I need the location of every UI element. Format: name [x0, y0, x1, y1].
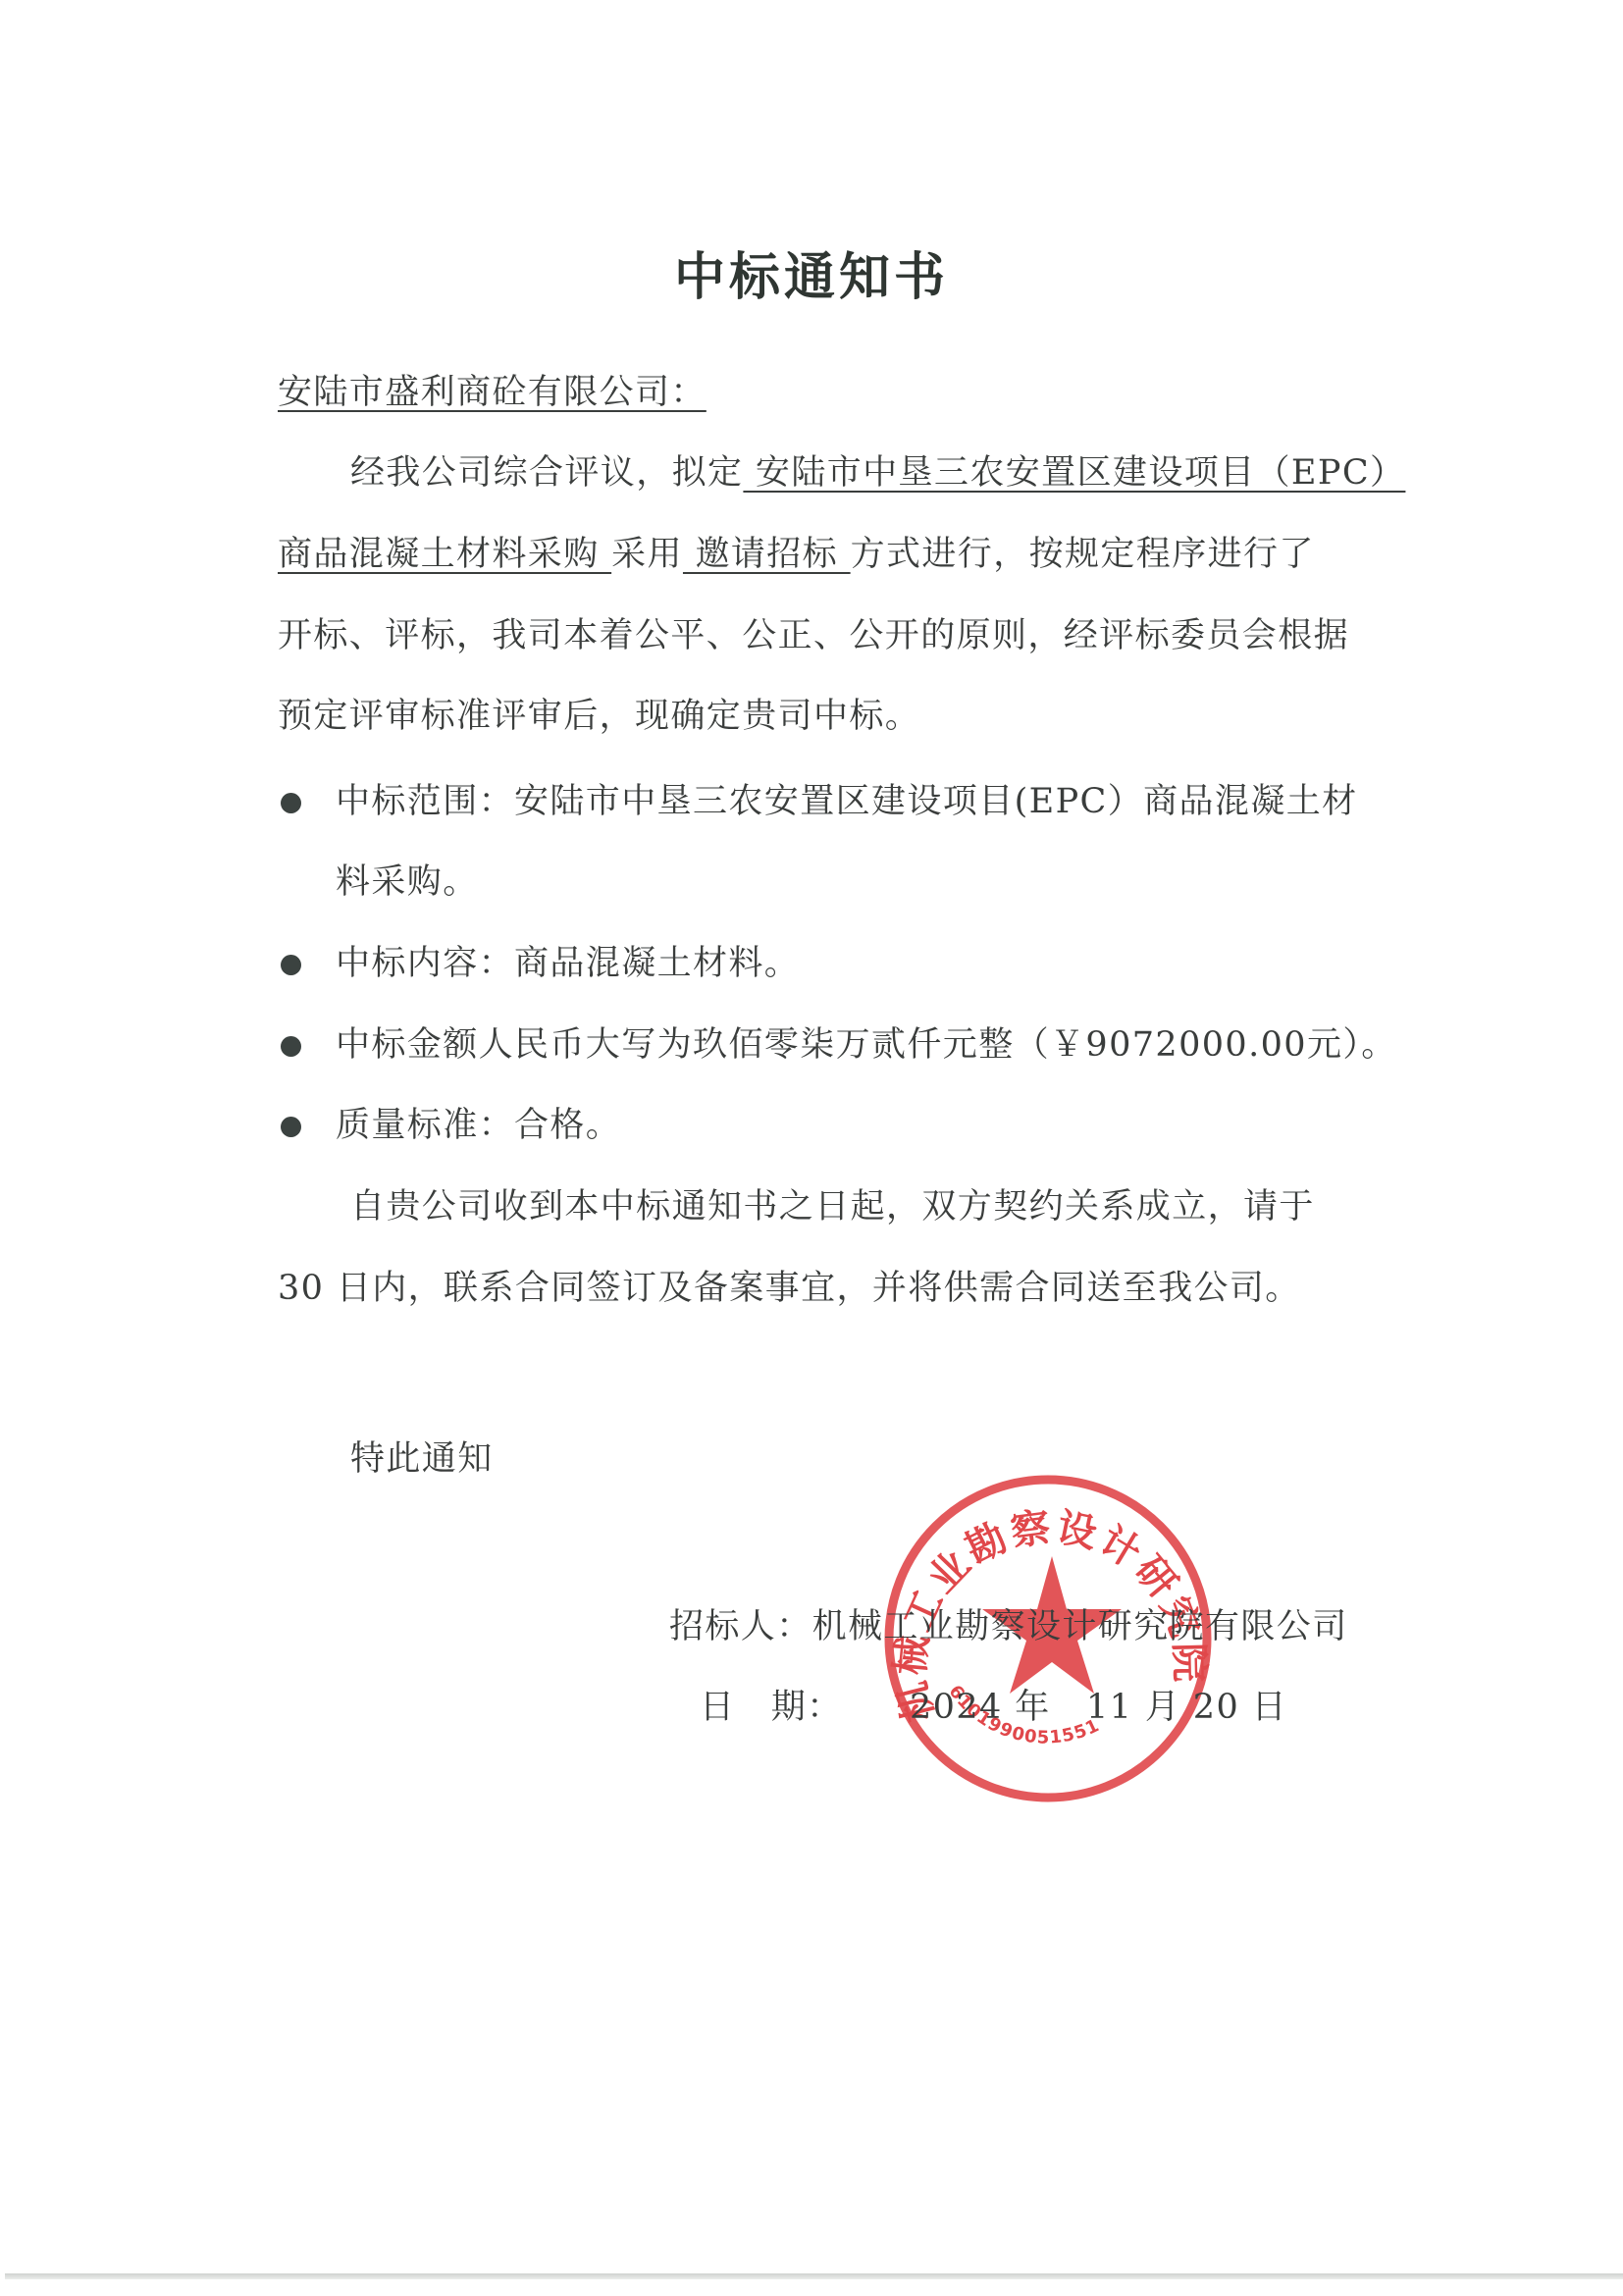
closing-line-2: 30 日内，联系合同签订及备案事宜，并将供需合同送至我公司。	[278, 1267, 1301, 1310]
project-name-part-1: 安陆市中垦三农安置区建设项目（EPC）	[743, 453, 1405, 493]
signer-label: 招标人：	[669, 1607, 812, 1646]
signer: 招标人：机械工业勘察设计研究院有限公司	[669, 1605, 1348, 1648]
bullet-icon	[281, 1036, 301, 1057]
intro-line-2: 商品混凝土材料采购 采用 邀请招标 方式进行，按规定程序进行了	[278, 533, 1315, 576]
date-value: 2024 年 11 月 20 日	[910, 1686, 1287, 1729]
intro-prefix: 经我公司综合评议，拟定	[350, 453, 743, 493]
signer-name: 机械工业勘察设计研究院有限公司	[812, 1607, 1348, 1646]
notice-page: 中标通知书 安陆市盛利商砼有限公司： 经我公司综合评议，拟定 安陆市中垦三农安置…	[0, 0, 1623, 2296]
scan-edge-divider	[5, 2273, 1623, 2279]
bullet-scope-line-1: 中标范围：安陆市中垦三农安置区建设项目(EPC）商品混凝土材	[336, 780, 1358, 823]
intro-line-3: 开标、评标，我司本着公平、公正、公开的原则，经评标委员会根据	[278, 614, 1349, 657]
bullet-content: 中标内容：商品混凝土材料。	[336, 942, 800, 985]
page-title: 中标通知书	[0, 235, 1623, 309]
procurement-method: 邀请招标	[683, 535, 851, 574]
adopt-text: 采用	[611, 535, 683, 574]
bullet-icon	[281, 955, 301, 975]
bullet-quality: 质量标准：合格。	[336, 1104, 621, 1147]
closing-line-1: 自贵公司收到本中标通知书之日起，双方契约关系成立，请于	[350, 1185, 1315, 1228]
date-label: 日 期：	[700, 1686, 843, 1729]
project-name-part-2: 商品混凝土材料采购	[278, 535, 611, 574]
bullet-amount: 中标金额人民币大写为玖佰零柒万贰仟元整（￥9072000.00元）。	[336, 1023, 1397, 1067]
intro-line-1: 经我公司综合评议，拟定 安陆市中垦三农安置区建设项目（EPC）	[350, 451, 1405, 495]
bullet-scope-line-2: 料采购。	[336, 861, 479, 904]
notice-text: 特此通知	[350, 1437, 494, 1481]
intro-line-4: 预定评审标准评审后，现确定贵司中标。	[278, 695, 920, 738]
bullet-icon	[281, 793, 301, 813]
bullet-icon	[281, 1117, 301, 1137]
intro-line-2-suffix: 方式进行，按规定程序进行了	[851, 535, 1315, 574]
recipient: 安陆市盛利商砼有限公司：	[278, 371, 707, 414]
